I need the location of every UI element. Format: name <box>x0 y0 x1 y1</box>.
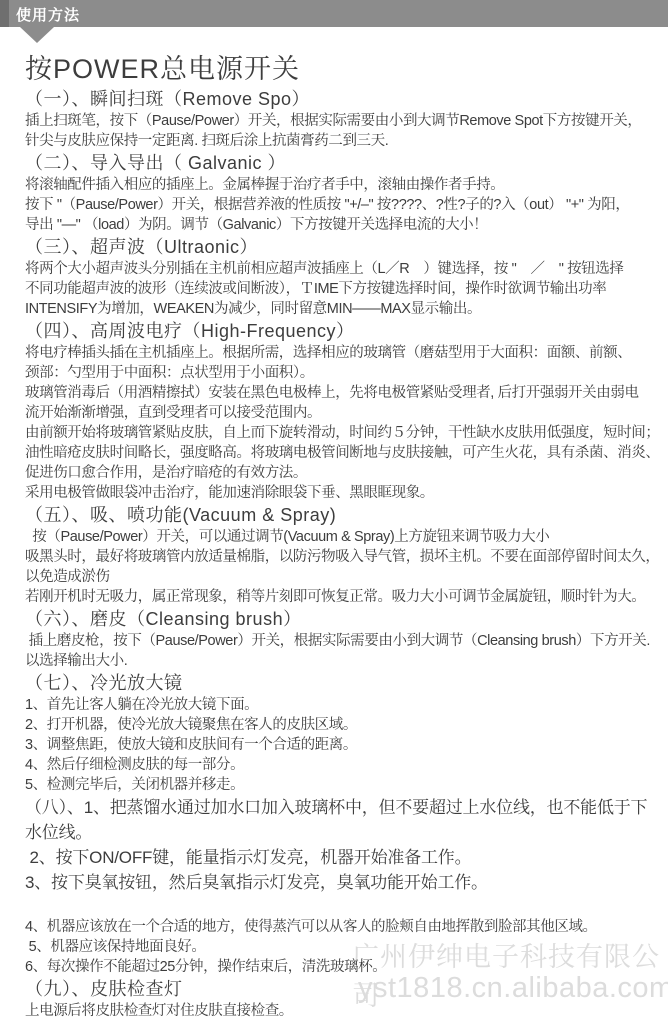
usage-instructions-page: 使用方法 广州伊绅电子科技有限公司 yst1818.cn.alibaba.com… <box>0 0 668 1024</box>
instruction-line: 上电源后将皮肤检查灯对住皮肤直接检查。 <box>25 1001 664 1021</box>
instruction-line: 3、按下臭氧按钮，然后臭氧指示灯发亮，臭氧功能开始工作。 <box>25 870 664 895</box>
instruction-line: 将两个大小超声波头分别插在主机前相应超声波插座上（L／R ）键选择，按 " ／ … <box>25 259 664 279</box>
instruction-line: 针尖与皮肤应保持一定距离. 扫斑后涂上抗菌膏药二到三天. <box>25 131 664 151</box>
instruction-line: 6、每次操作不能超过25分钟，操作结束后，清洗玻璃杯。 <box>25 957 664 977</box>
instruction-line: 2、按下ON/OFF键，能量指示灯发亮，机器开始准备工作。 <box>25 845 664 870</box>
instruction-line: 采用电极管做眼袋冲击治疗，能加速消除眼袋下垂、黑眼眶现象。 <box>25 483 664 503</box>
instruction-lines: （一）、瞬间扫斑（Remove Spo）插上扫斑笔，按下（Pause/Power… <box>25 87 664 1021</box>
instruction-line: 不同功能超声波的波形（连续波或间断波），ＴIME下方按键选择时间，操作时欲调节输… <box>25 279 664 299</box>
header-ribbon: 使用方法 <box>0 0 668 27</box>
instruction-line: 流开始渐渐增强，直到受理者可以接受范围内。 <box>25 403 664 423</box>
instruction-line: 导出 "—" （load）为阴。调节（Galvanic）下方按键开关选择电流的大… <box>25 215 664 235</box>
doc-title: 按POWER总电源开关 <box>25 53 664 85</box>
instruction-line: 若刚开机时无吸力，属正常现象，稍等片刻即可恢复正常。吸力大小可调节金属旋钮，顺时… <box>25 587 664 607</box>
instruction-line: 颈部：勺型用于中面积：点状型用于小面积）。 <box>25 363 664 383</box>
instruction-line: 4、然后仔细检测皮肤的每一部分。 <box>25 755 664 775</box>
instruction-line: （三）、超声波（Ultraonic） <box>25 235 664 259</box>
header-tab-label: 使用方法 <box>16 4 80 25</box>
instruction-line: 以免造成淤伤 <box>25 567 664 587</box>
instruction-line: （四）、高周波电疗（High-Frequency） <box>25 319 664 343</box>
instruction-line: （六）、磨皮（Cleansing brush） <box>25 607 664 631</box>
instruction-line: 玻璃管消毒后（用酒精擦拭）安装在黑色电极棒上，先将电极管紧贴受理者, 后打开强弱… <box>25 383 664 403</box>
instruction-line: 按下 "（Pause/Power）开关，根据营养液的性质按 "+/–" 按???… <box>25 195 664 215</box>
instruction-line: （八）、1、把蒸馏水通过加水口加入玻璃杯中，但不要超过上水位线，也不能低于下水位… <box>25 795 664 845</box>
ribbon-arrow-down-icon <box>20 27 54 43</box>
instruction-line: 插上磨皮枪，按下（Pause/Power）开关，根据实际需要由小到大调节（Cle… <box>25 631 664 651</box>
instruction-line: （一）、瞬间扫斑（Remove Spo） <box>25 87 664 111</box>
instruction-line: 3、调整焦距，使放大镜和皮肤间有一个合适的距离。 <box>25 735 664 755</box>
instruction-line: 以选择输出大小. <box>25 651 664 671</box>
instructions-content: 按POWER总电源开关 （一）、瞬间扫斑（Remove Spo）插上扫斑笔，按下… <box>0 43 668 1021</box>
instruction-line: 插上扫斑笔，按下（Pause/Power）开关，根据实际需要由小到大调节Remo… <box>25 111 664 131</box>
instruction-line: INTENSIFY为增加，WEAKEN为减少，同时留意MIN——MAX显示输出。 <box>25 299 664 319</box>
instruction-line: （九）、皮肤检查灯 <box>25 977 664 1001</box>
instruction-line: （二）、导入导出（ Galvanic ） <box>25 151 664 175</box>
instruction-line: 将滚轴配件插入相应的插座上。金属棒握于治疗者手中，滚轴由操作者手持。 <box>25 175 664 195</box>
instruction-line: （五）、吸、喷功能(Vacuum & Spray) <box>25 503 664 527</box>
instruction-line: 1、首先让客人躺在冷光放大镜下面。 <box>25 695 664 715</box>
instruction-line: 5、检测完毕后，关闭机器并移走。 <box>25 775 664 795</box>
instruction-line: 由前额开始将玻璃管紧贴皮肤，自上而下旋转滑动，时间约５分钟，干性缺水皮肤用低强度… <box>25 423 664 443</box>
spacer <box>25 895 664 917</box>
instruction-line: 4、机器应该放在一个合适的地方，使得蒸汽可以从客人的脸颊自由地挥散到脸部其他区域… <box>25 917 664 937</box>
ribbon-fold <box>0 0 9 27</box>
instruction-line: 吸黑头时，最好将玻璃管内放适量棉脂，以防污物吸入导气管，损坏主机。不要在面部停留… <box>25 547 664 567</box>
instruction-line: 2、打开机器，使冷光放大镜聚焦在客人的皮肤区域。 <box>25 715 664 735</box>
instruction-line: 油性暗疮皮肤时间略长，强度略高。将玻璃电极管间断地与皮肤接触，可产生火花，具有杀… <box>25 443 664 463</box>
instruction-line: 按（Pause/Power）开关，可以通过调节(Vacuum & Spray)上… <box>25 527 664 547</box>
instruction-line: （七）、冷光放大镜 <box>25 671 664 695</box>
instruction-line: 促进伤口愈合作用，是治疗暗疮的有效方法。 <box>25 463 664 483</box>
instruction-line: 将电疗棒插头插在主机插座上。根据所需，选择相应的玻璃管（磨菇型用于大面积：面额、… <box>25 343 664 363</box>
instruction-line: 5、机器应该保持地面良好。 <box>25 937 664 957</box>
